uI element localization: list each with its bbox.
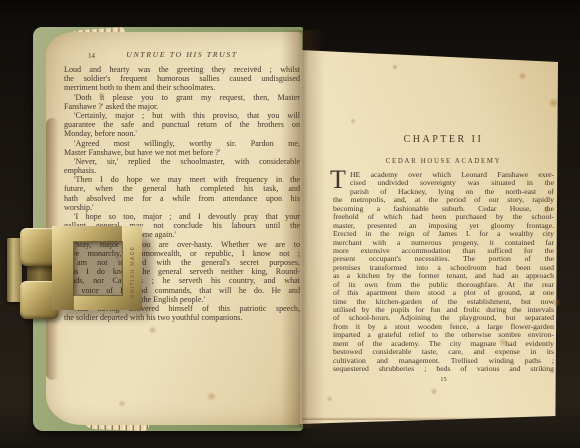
clamp-stamp-text: BRITISH MADE — [130, 238, 136, 298]
text-line: more extensive accommodation than suffic… — [333, 247, 554, 255]
book-photo: 14 UNTRUE TO HIS TRUST Loud and hearty w… — [0, 0, 580, 448]
text-line: parish of Hackney, lying on the north-ea… — [350, 188, 554, 196]
text-line: merriment both to them and their schoolm… — [64, 83, 300, 92]
text-line: 'Doth it please you to grant my request,… — [64, 93, 300, 102]
text-line: cised undivided sovereignty was situated… — [350, 179, 554, 187]
text-line: Master Fanshawe, but have we not met bef… — [64, 148, 300, 157]
text-line: 'Certainly, major ; but with this provis… — [64, 111, 300, 120]
text-line: 'I hope so too, major ; and I devoutly p… — [64, 212, 300, 221]
text-line: premises transformed into a schoolroom h… — [333, 264, 554, 272]
text-line: merchant with a numerous progeny, it con… — [333, 239, 554, 247]
text-line: ment of the academy. The city magnate ha… — [333, 340, 554, 348]
text-line: utilised by the pupils for fun and froli… — [333, 306, 554, 314]
text-line: 'Then I do hope we may meet with frequen… — [64, 175, 300, 184]
text-line: hath absolved me for a while from attend… — [64, 194, 300, 203]
text-line: Erected in the reign of James I. for a w… — [333, 230, 554, 238]
text-line: as a kitchen by the former tenant, and h… — [333, 272, 554, 280]
text-line: emphasis. — [64, 166, 300, 175]
text-line: present occupant's necessities. The port… — [333, 255, 554, 263]
running-header: UNTRUE TO HIS TRUST — [64, 50, 300, 59]
text-line: becoming a fashionable suburb. Cedar Hou… — [333, 205, 554, 213]
text-line: 'Agreed most willingly, worthy sir. Pard… — [64, 139, 300, 148]
text-line: sequestered shrubberies ; beds of variou… — [333, 365, 554, 373]
text-line: future, when the general hath completed … — [64, 184, 300, 193]
text-line: freehold of which had been purchased by … — [333, 213, 554, 221]
text-line: cultivation and management. Trellised wi… — [333, 357, 554, 365]
clamp-frame: BRITISH MADE — [52, 226, 142, 310]
text-line: the soldier's frequent humorous sallies … — [64, 74, 300, 83]
text-line: worship.' — [64, 203, 300, 212]
page-number-right: 15 — [333, 376, 554, 383]
text-line: HE academy over which Leonard Fanshawe e… — [350, 171, 554, 179]
text-line: Loud and hearty was the greeting they re… — [64, 65, 300, 74]
text-line: the metropolis, and, at the period of ou… — [333, 196, 554, 204]
right-page: CHAPTER II CEDAR HOUSE ACADEMY T HE acad… — [300, 42, 558, 426]
text-line: Fanshawe ?' asked the major. — [64, 102, 300, 111]
text-line: of its own from the public thoroughfare.… — [333, 281, 554, 289]
text-line: of school-hours. Adjoining the playgroun… — [333, 314, 554, 322]
text-line: 'Never, sir,' replied the schoolmaster, … — [64, 157, 300, 166]
text-line: bestowed considerable taste, care, and e… — [333, 348, 554, 356]
text-line: of this apartment there stood a plot of … — [333, 289, 554, 297]
right-page-text: HE academy over which Leonard Fanshawe e… — [333, 171, 554, 374]
text-line: Monday, before noon.' — [64, 129, 300, 138]
text-line: imparted a grateful relief to the otherw… — [333, 331, 554, 339]
left-page-header: 14 UNTRUE TO HIS TRUST — [64, 50, 300, 62]
clamp-frame-bar — [52, 226, 74, 310]
text-line: master, presented an imposing yet gloomy… — [333, 222, 554, 230]
chapter-heading: CHAPTER II — [333, 134, 554, 145]
text-line: guarantee the safe and punctual return o… — [64, 120, 300, 129]
section-heading: CEDAR HOUSE ACADEMY — [333, 158, 554, 165]
text-line: from it by a stout wooden fence, a large… — [333, 323, 554, 331]
text-line: time the kitchen-garden of the establish… — [333, 298, 554, 306]
